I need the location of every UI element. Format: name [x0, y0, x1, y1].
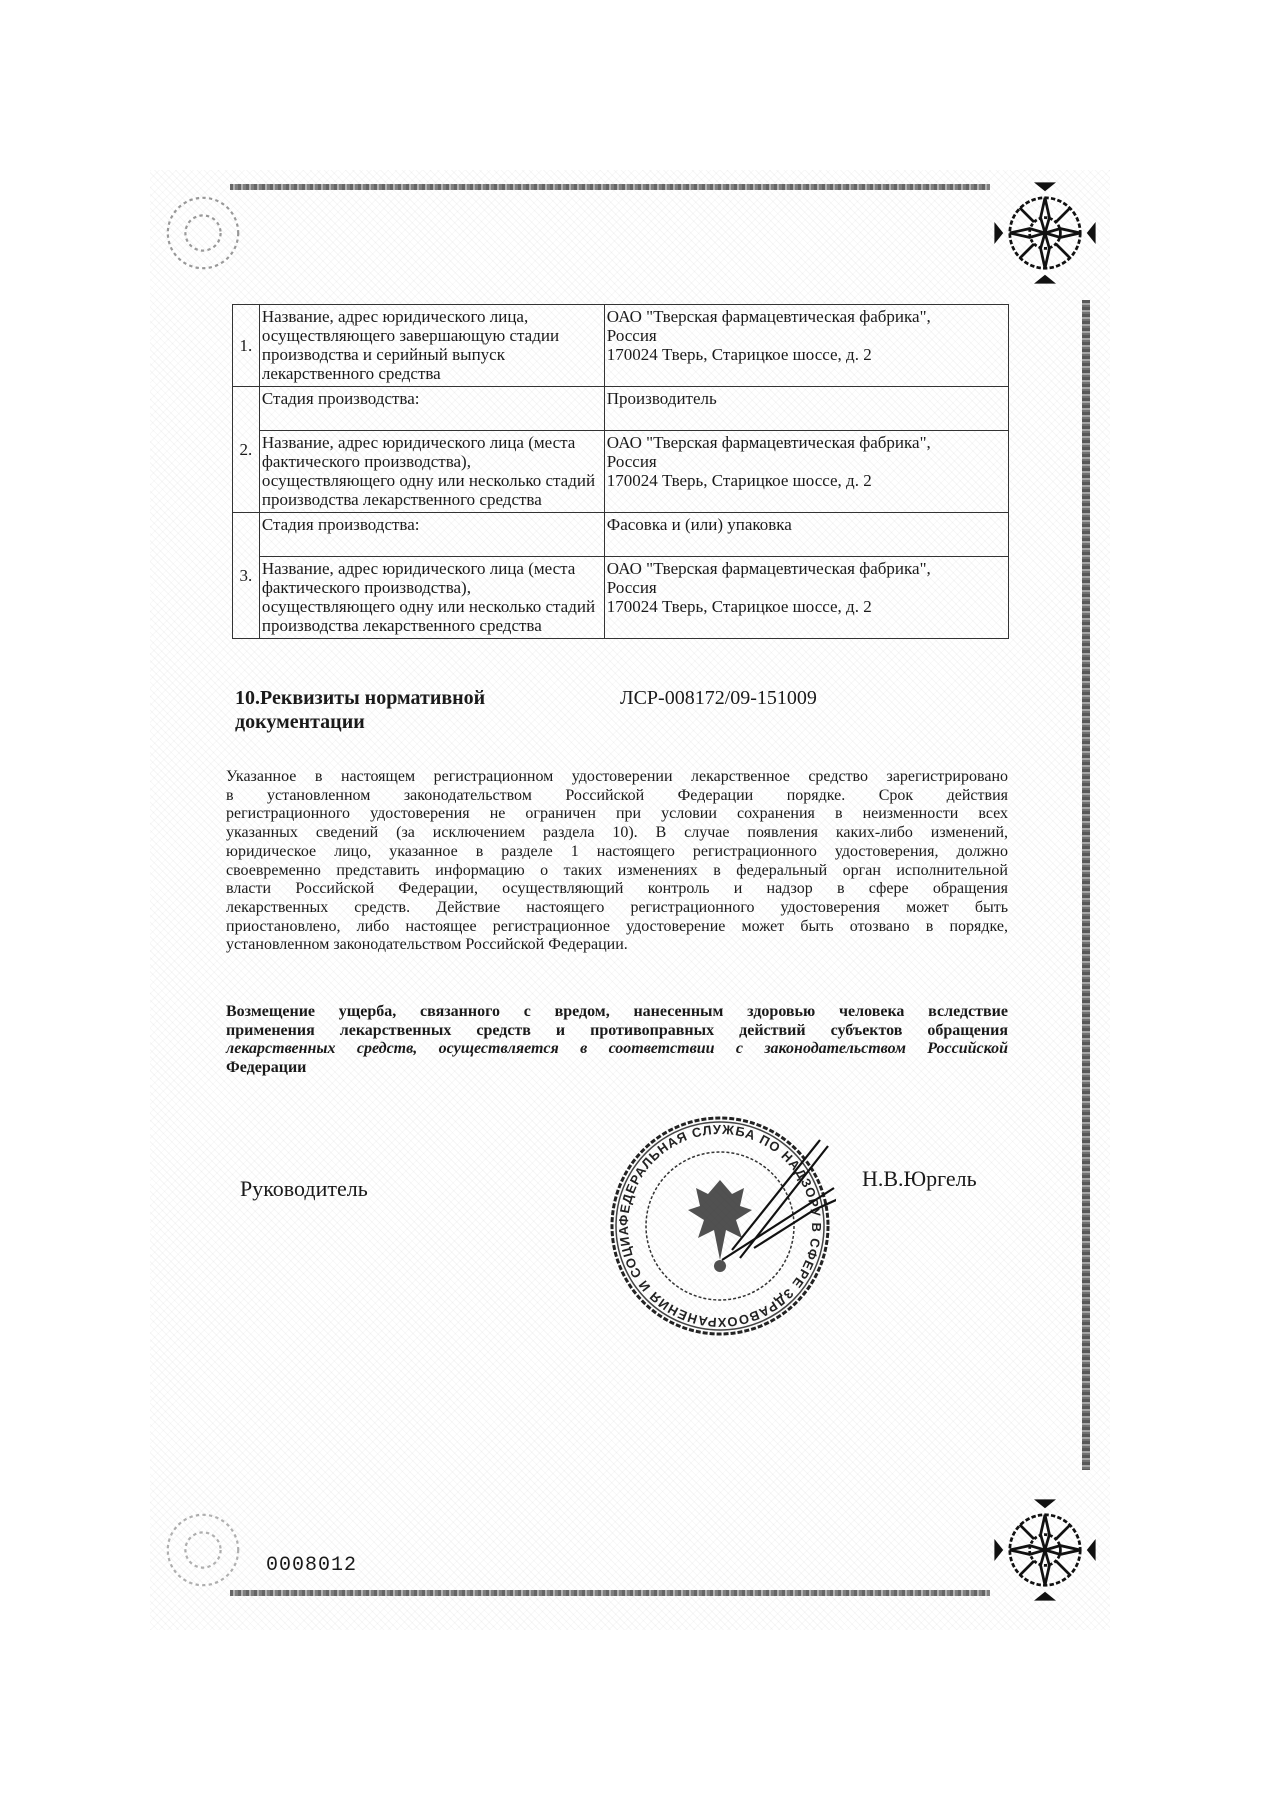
stage-value: Производитель: [604, 387, 1008, 431]
table-row: 3. Стадия производства: Фасовка и (или) …: [233, 513, 1009, 557]
row-number: 2.: [233, 387, 260, 513]
table-row: Название, адрес юридического лица (места…: [233, 557, 1009, 639]
stage-label: Стадия производства:: [259, 387, 604, 431]
official-seal-stamp-icon: ФЕДЕРАЛЬНАЯ СЛУЖБА ПО НАДЗОРУ В СФЕРЕ ЗД…: [604, 1110, 836, 1342]
row-number: 3.: [233, 513, 260, 639]
table-row: Название, адрес юридического лица (места…: [233, 431, 1009, 513]
rosette-ornament-icon: [148, 1495, 258, 1605]
table-row: 2. Стадия производства: Производитель: [233, 387, 1009, 431]
form-serial-number: 0008012: [266, 1554, 357, 1577]
entity-value: ОАО "Тверская фармацевтическая фабрика",…: [604, 431, 1008, 513]
table-row: 1. Название, адрес юридического лица, ос…: [233, 305, 1009, 387]
section-10-title: 10.Реквизиты нормативной документации: [235, 686, 485, 734]
entity-label: Название, адрес юридического лица (места…: [259, 431, 604, 513]
rosette-ornament-icon: [148, 178, 258, 288]
ornamental-frame-top: [230, 184, 990, 190]
manufacturer-table: 1. Название, адрес юридического лица, ос…: [232, 304, 1009, 639]
stage-value: Фасовка и (или) упаковка: [604, 513, 1008, 557]
ornamental-frame-right: [1082, 300, 1090, 1470]
entity-value: ОАО "Тверская фармацевтическая фабрика",…: [604, 305, 1008, 387]
entity-label: Название, адрес юридического лица, осуще…: [259, 305, 604, 387]
entity-value: ОАО "Тверская фармацевтическая фабрика",…: [604, 557, 1008, 639]
row-number: 1.: [233, 305, 260, 387]
stage-label: Стадия производства:: [259, 513, 604, 557]
signer-title: Руководитель: [240, 1176, 368, 1202]
rosette-ornament-icon: [990, 1495, 1100, 1605]
damages-paragraph: Возмещение ущерба, связанного с вредом, …: [226, 1003, 1008, 1078]
signer-name: Н.В.Юргель: [862, 1166, 977, 1192]
entity-label: Название, адрес юридического лица (места…: [259, 557, 604, 639]
validity-paragraph: Указанное в настоящем регистрационном уд…: [226, 768, 1008, 955]
normative-document-number: ЛСР-008172/09-151009: [620, 686, 817, 710]
rosette-ornament-icon: [990, 178, 1100, 288]
ornamental-frame-bottom: [230, 1590, 990, 1596]
